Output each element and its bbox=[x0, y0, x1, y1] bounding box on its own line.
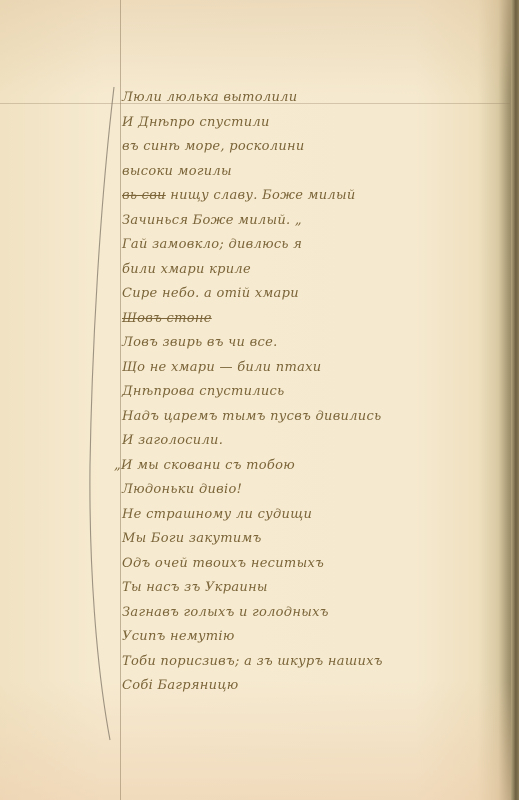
text-line: Ловъ звирь въ чи все. bbox=[122, 331, 502, 356]
text-line: Людоньки дивіо! bbox=[122, 478, 502, 503]
text-line: Одъ очей твоихъ неситыхъ bbox=[122, 552, 502, 577]
text-line: И заголосили. bbox=[122, 429, 502, 454]
text-line: Не страшному ли судищи bbox=[122, 503, 502, 528]
book-spine-edge bbox=[511, 0, 519, 800]
struck-text: Шовъ стоне bbox=[122, 311, 212, 326]
text-line: били хмари криле bbox=[122, 258, 502, 283]
text-line: Усипъ немутію bbox=[122, 625, 502, 650]
text-line: Загнавъ голыхъ и голодныхъ bbox=[122, 601, 502, 626]
text-line: Собі Багряницю bbox=[122, 674, 502, 699]
struck-text: вь сви bbox=[122, 188, 166, 203]
text-line: Що не хмари — били птахи bbox=[122, 356, 502, 381]
text-line: Мы Боги закутимъ bbox=[122, 527, 502, 552]
poem-text: Люли люлька вытолили И Днѣпро спустили в… bbox=[122, 86, 502, 699]
text-line: Зачинься Боже милый. „ bbox=[122, 209, 502, 234]
text-line: И Днѣпро спустили bbox=[122, 111, 502, 136]
text-line: Днѣпрова спустились bbox=[122, 380, 502, 405]
text-line: въ синѣ море, росколини bbox=[122, 135, 502, 160]
text-line: высоки могилы bbox=[122, 160, 502, 185]
text-line: Ты насъ зъ Украины bbox=[122, 576, 502, 601]
text-line: Гай замовкло; дивлюсь я bbox=[122, 233, 502, 258]
text-line: Люли люлька вытолили bbox=[122, 86, 502, 111]
manuscript-page: Люли люлька вытолили И Днѣпро спустили в… bbox=[0, 0, 519, 800]
margin-line bbox=[120, 0, 121, 800]
text-line: Тоби порисзивъ; а зъ шкуръ нашихъ bbox=[122, 650, 502, 675]
text-line: Сире небо. а отій хмари bbox=[122, 282, 502, 307]
text-line: Надъ царемъ тымъ пусвъ дивились bbox=[122, 405, 502, 430]
text-line: „И мы сковани съ тобою bbox=[114, 454, 502, 479]
text-line: Шовъ стоне bbox=[122, 307, 502, 332]
text-line: вь сви нищу славу. Боже милый bbox=[122, 184, 502, 209]
pencil-bracket-mark bbox=[88, 85, 118, 745]
